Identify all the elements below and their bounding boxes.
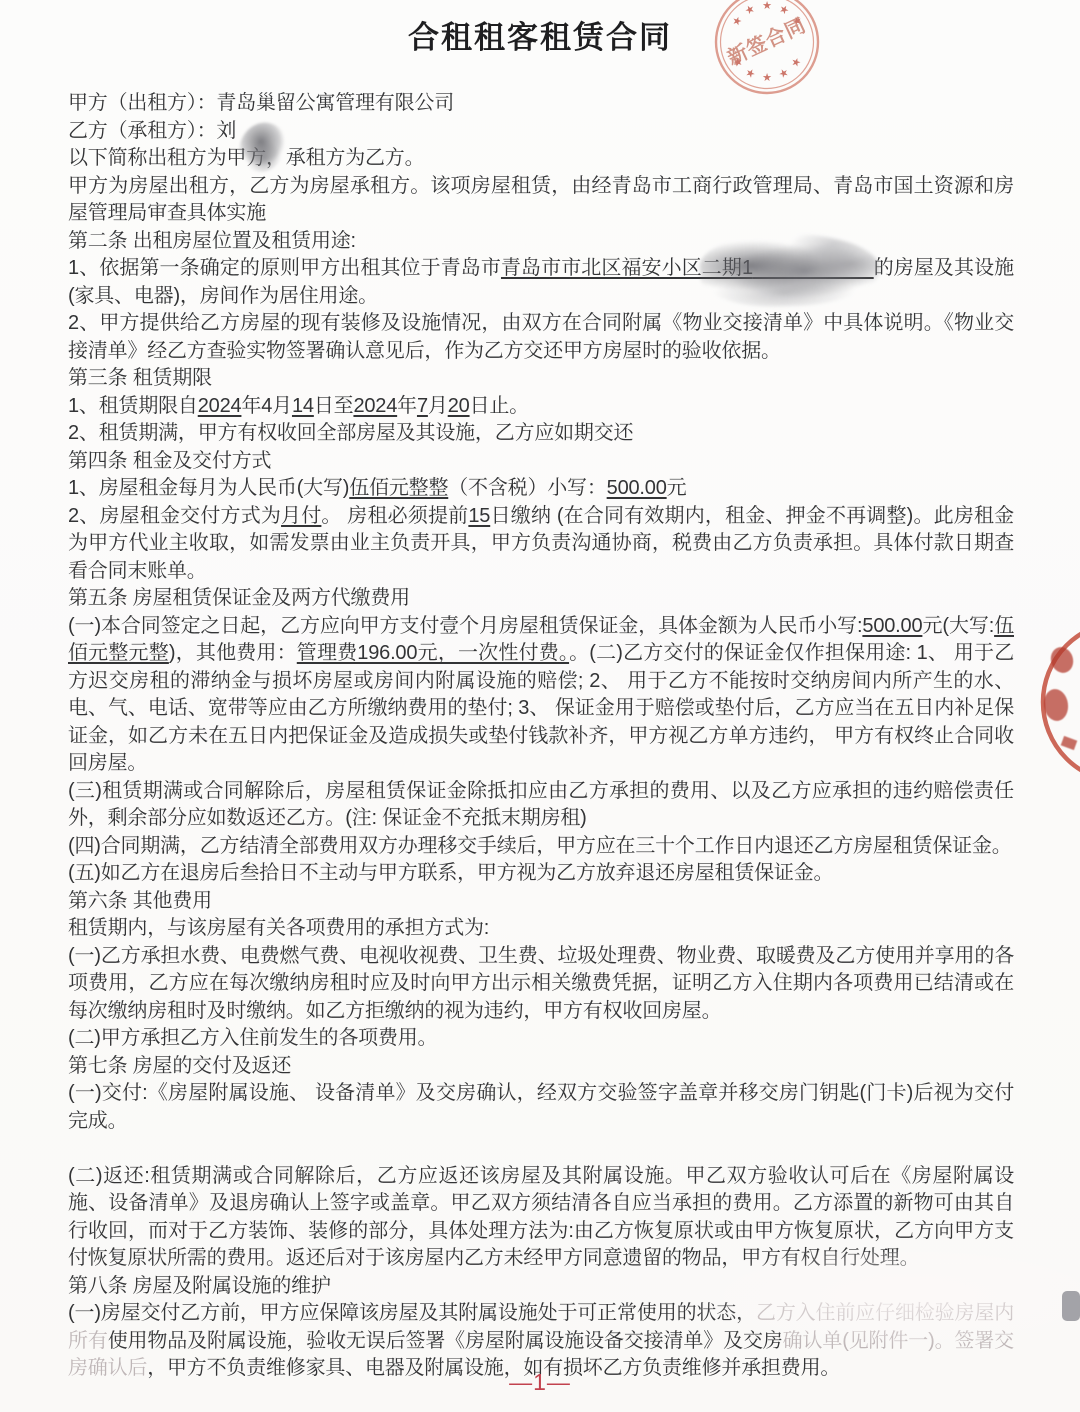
text-segment: 2、房屋租金交付方式为 <box>68 505 281 527</box>
stamp-star-icon: ★ <box>730 14 746 29</box>
partial-seal <box>1032 610 1080 795</box>
paragraph: (一)本合同签定之日起，乙方应向甲方支付壹个月房屋租赁保证金，具体金额为人民币小… <box>68 613 1014 778</box>
stamp-star-icon: ★ <box>789 55 805 70</box>
text-segment: 2、甲方提供给乙方房屋的现有装修及设施情况，由双方在合同附属《物业交接清单》中具… <box>68 312 1014 362</box>
text-segment: (四)合同期满，乙方结清全部费用双方办理移交手续后，甲方应在三十个工作日内退还乙… <box>68 835 1012 857</box>
paragraph: (一)乙方承担水费、电费燃气费、电视收视费、卫生费、垃圾处理费、物业费、取暖费及… <box>68 943 1014 1026</box>
text-segment: 。 房租必须提前 <box>321 505 468 527</box>
paragraph: 第二条 出租房屋位置及租赁用途: <box>68 228 1014 256</box>
text-segment: 14 <box>292 395 314 417</box>
text-segment: （不含税）小写： <box>448 477 606 499</box>
text-segment: 元(大写: <box>922 615 994 637</box>
text-segment: 第八条 房屋及附属设施的维护 <box>68 1275 331 1297</box>
scrollbar-thumb[interactable] <box>1062 1291 1080 1321</box>
paragraph: 乙方（承租方）：刘 <box>68 118 1014 146</box>
stamp-star-icon: ★ <box>743 3 757 18</box>
text-segment: (二)甲方承担乙方入住前发生的各项费用。 <box>68 1027 437 1049</box>
paragraph: 第六条 其他费用 <box>68 888 1014 916</box>
paragraph: 甲方为房屋出租方，乙方为房屋承租方。该项房屋租赁，由经青岛市工商行政管理局、青岛… <box>68 173 1014 228</box>
text-segment: 500.00 <box>862 615 922 637</box>
text-segment: )，其他费用： <box>169 642 297 664</box>
stamp-star-icon: ★ <box>762 72 772 84</box>
stamp-star-icon: ★ <box>777 66 791 81</box>
text-segment: 1、租赁期限自 <box>68 395 198 417</box>
text-segment: 日止。 <box>470 395 529 417</box>
paragraph: (二)返还:租赁期满或合同解除后，乙方应返还该房屋及其附属设施。甲乙双方验收认可… <box>68 1163 1014 1273</box>
text-segment: 第二条 出租房屋位置及租赁用途: <box>68 230 356 252</box>
text-segment: 第五条 房屋租赁保证金及两方代缴费用 <box>68 587 410 609</box>
text-segment: 第六条 其他费用 <box>68 890 212 912</box>
text-segment: 1、房屋租金每月为人民币(大写) <box>68 477 349 499</box>
text-segment: 20 <box>448 395 470 417</box>
paragraph: (一)交付:《房屋附属设施、 设备清单》及交房确认，经双方交验签字盖章并移交房门… <box>68 1080 1014 1135</box>
text-segment: 租赁期内，与该房屋有关各项费用的承担方式为: <box>68 917 489 939</box>
text-segment: 2、租赁期满，甲方有权收回全部房屋及其设施，乙方应如期交还 <box>68 422 633 444</box>
text-segment: 乙方（承租方）：刘 <box>68 120 236 142</box>
paragraph-spacer <box>68 1135 1014 1163</box>
text-segment: 15 <box>468 505 490 527</box>
text-segment: 7 <box>417 395 428 417</box>
paragraph: 第七条 房屋的交付及返还 <box>68 1053 1014 1081</box>
text-segment: 2024 <box>353 395 397 417</box>
stamp-star-icon: ★ <box>762 0 772 12</box>
stamp-graphic: 新签合同 ★ ★ ★ ★ ★ ★ ★ ★ ★ ★ <box>712 0 822 96</box>
text-segment: (一)交付:《房屋附属设施、 设备清单》及交房确认，经双方交验签字盖章并移交房门… <box>68 1082 1014 1132</box>
paragraph: 第四条 租金及交付方式 <box>68 448 1014 476</box>
text-segment: (三)租赁期满或合同解除后，房屋租赁保证金除抵扣应由乙方承担的费用、以及乙方应承… <box>68 780 1014 830</box>
text-segment: 甲方（出租方）：青岛巢留公寓管理有限公司 <box>68 92 454 114</box>
text-segment: 甲方为房屋出租方，乙方为房屋承租方。该项房屋租赁，由经青岛市工商行政管理局、青岛… <box>68 175 1014 225</box>
text-segment: 年 <box>397 395 417 417</box>
paragraph: 1、房屋租金每月为人民币(大写)伍佰元整整（不含税）小写：500.00元 <box>68 475 1014 503</box>
paragraph: 2、甲方提供给乙方房屋的现有装修及设施情况，由双方在合同附属《物业交接清单》中具… <box>68 310 1014 365</box>
text-segment: (五)如乙方在退房后叁拾日不主动与甲方联系，甲方视为乙方放弃退还房屋租赁保证金。 <box>68 862 833 884</box>
text-segment: 1、依据第一条确定的原则甲方出租其位于青岛市 <box>68 257 501 279</box>
text-segment: 年4月 <box>241 395 292 417</box>
text-segment: (二)返还:租赁期满或合同解除后，乙方应返还该房屋及其附属设施。甲乙双方验收认可… <box>68 1165 1014 1270</box>
text-segment: 500.00 <box>607 477 667 499</box>
contract-page: { "document": { "title": "合租租客租赁合同", "pa… <box>0 0 1080 1412</box>
paragraph: (三)租赁期满或合同解除后，房屋租赁保证金除抵扣应由乙方承担的费用、以及乙方应承… <box>68 778 1014 833</box>
text-segment: 元 <box>667 477 687 499</box>
text-segment: (一)本合同签定之日起，乙方应向甲方支付壹个月房屋租赁保证金，具体金额为人民币小… <box>68 615 862 637</box>
text-segment: (一)房屋交付乙方前，甲方应保障该房屋及其附属设施处于可正常使用的状态， <box>68 1302 756 1324</box>
paragraph: 第八条 房屋及附属设施的维护 <box>68 1273 1014 1301</box>
text-segment: 月 <box>428 395 448 417</box>
seal-glyph-marks <box>1042 644 1077 750</box>
text-segment: 2024 <box>198 395 242 417</box>
text-segment: 第四条 租金及交付方式 <box>68 450 271 472</box>
text-segment: 使用物品及附属设施，验收无误后签署《房屋附属设施设备交接清单》及交房 <box>108 1330 783 1352</box>
text-segment: 管理费196.00元，一次性付费。 <box>297 642 569 664</box>
text-segment: 第七条 房屋的交付及返还 <box>68 1055 291 1077</box>
text-segment: 伍佰元整整 <box>349 477 448 499</box>
paragraph: 2、租赁期满，甲方有权收回全部房屋及其设施，乙方应如期交还 <box>68 420 1014 448</box>
contract-title: 合租租客租赁合同 <box>0 12 1080 57</box>
paragraph: 1、租赁期限自2024年4月14日至2024年7月20日止。 <box>68 393 1014 421</box>
text-segment: 第三条 租赁期限 <box>68 367 212 389</box>
text-segment: 月付 <box>281 505 321 527</box>
stamp-star-icon: ★ <box>777 3 791 18</box>
new-contract-stamp: 新签合同 ★ ★ ★ ★ ★ ★ ★ ★ ★ ★ <box>712 0 822 96</box>
page-number: —1— <box>0 1369 1080 1396</box>
paragraph: 第三条 租赁期限 <box>68 365 1014 393</box>
paragraph: 2、房屋租金交付方式为月付。 房租必须提前15日缴纳 (在合同有效期内，租金、押… <box>68 503 1014 586</box>
text-segment: 日至 <box>314 395 354 417</box>
paragraph: (四)合同期满，乙方结清全部费用双方办理移交手续后，甲方应在三十个工作日内退还乙… <box>68 833 1014 861</box>
paragraph: (五)如乙方在退房后叁拾日不主动与甲方联系，甲方视为乙方放弃退还房屋租赁保证金。 <box>68 860 1014 888</box>
paragraph: 租赁期内，与该房屋有关各项费用的承担方式为: <box>68 915 1014 943</box>
paragraph: 第五条 房屋租赁保证金及两方代缴费用 <box>68 585 1014 613</box>
partial-seal-graphic <box>1032 610 1080 795</box>
paragraph: (二)甲方承担乙方入住前发生的各项费用。 <box>68 1025 1014 1053</box>
paragraph: 甲方（出租方）：青岛巢留公寓管理有限公司 <box>68 90 1014 118</box>
paragraph: 以下简称出租方为甲方，承租方为乙方。 <box>68 145 1014 173</box>
stamp-star-icon: ★ <box>743 66 757 81</box>
text-segment: (一)乙方承担水费、电费燃气费、电视收视费、卫生费、垃圾处理费、物业费、取暖费及… <box>68 945 1014 1022</box>
